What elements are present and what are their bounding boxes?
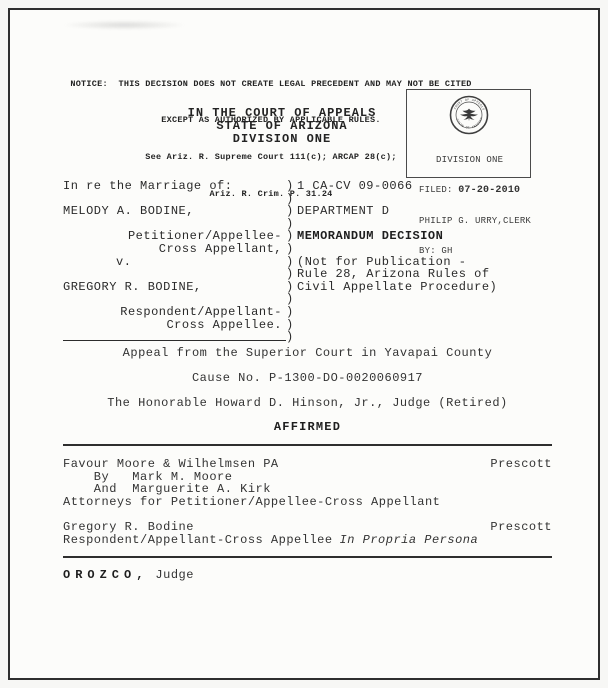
counsel-block: Favour Moore & Wilhelmsen PA Prescott By… [63,458,552,546]
document-page: NOTICE: THIS DECISION DOES NOT CREATE LE… [8,8,600,680]
publication-note-2: Rule 28, Arizona Rules of [297,268,490,281]
respondent-designation: Respondent/Appellant- [63,306,286,319]
decision-type: MEMORANDUM DECISION [297,230,443,243]
petitioner-designation-2: Cross Appellant, [63,243,286,256]
case-caption: In re the Marriage of: ) 1 CA-CV 09-0066… [63,180,552,344]
caption-row: Cross Appellant, ) [63,243,552,256]
eagle-icon [460,109,478,122]
caption-row: In re the Marriage of: ) 1 CA-CV 09-0066 [63,180,552,193]
caption-paren: ) [286,331,297,344]
appeal-source: Appeal from the Superior Court in Yavapa… [63,347,552,360]
caption-paren: ) [286,243,297,256]
filed-stamp: COURT OF APPEALS STATE OF ARIZONA DIVISI… [406,89,531,178]
case-number: 1 CA-CV 09-0066 [297,180,413,193]
caption-matter-title: In re the Marriage of: [63,180,286,193]
pro-per-note: In Propria Persona [340,533,479,547]
trial-judge: The Honorable Howard D. Hinson, Jr., Jud… [63,397,552,410]
caption-paren: ) [286,180,297,193]
authoring-judge-line: OROZCO,Judge [63,569,194,582]
scan-artifact [62,20,187,30]
stamp-division: DIVISION ONE [419,155,528,165]
firm-city: Prescott [490,458,552,471]
respondent-name: GREGORY R. BODINE, [63,281,286,294]
party-role-line: Respondent/Appellant-Cross AppelleeIn Pr… [63,534,552,547]
firm-name: Favour Moore & Wilhelmsen PA [63,458,279,471]
caption-row: GREGORY R. BODINE, ) Civil Appellate Pro… [63,281,552,294]
caption-row: MELODY A. BODINE, ) DEPARTMENT D [63,205,552,218]
caption-underline [63,331,286,341]
party-city: Prescott [490,521,552,534]
caption-paren: ) [286,205,297,218]
versus: v. [63,256,286,269]
judge-name: OROZCO, [63,568,148,582]
caption-row: ) Rule 28, Arizona Rules of [63,268,552,281]
horizontal-rule [63,556,552,558]
party-role: Respondent/Appellant-Cross Appellee [63,533,333,547]
caption-row: Cross Appellee. ) [63,319,552,332]
publication-note-3: Civil Appellate Procedure) [297,281,497,294]
judge-title: Judge [155,568,194,582]
firm-role: Attorneys for Petitioner/Appellee-Cross … [63,496,552,509]
respondent-designation-2: Cross Appellee. [63,319,286,332]
petitioner-name: MELODY A. BODINE, [63,205,286,218]
caption-row: Petitioner/Appellee- ) MEMORANDUM DECISI… [63,230,552,243]
caption-row: Respondent/Appellant- ) [63,306,552,319]
horizontal-rule [63,444,552,446]
department: DEPARTMENT D [297,205,389,218]
caption-row: ) [63,331,552,344]
scanned-court-document: NOTICE: THIS DECISION DOES NOT CREATE LE… [0,0,608,688]
firm-and-line: And Marguerite A. Kirk [63,483,552,496]
court-seal-icon: COURT OF APPEALS STATE OF ARIZONA [449,95,489,135]
cause-number: Cause No. P-1300-DO-0020060917 [63,372,552,385]
disposition: AFFIRMED [63,421,552,434]
caption-left-blank [63,268,286,281]
caption-paren: ) [286,268,297,281]
caption-paren: ) [286,306,297,319]
counsel-firm-row: Favour Moore & Wilhelmsen PA Prescott [63,458,552,471]
appeal-origin-block: Appeal from the Superior Court in Yavapa… [63,347,552,446]
